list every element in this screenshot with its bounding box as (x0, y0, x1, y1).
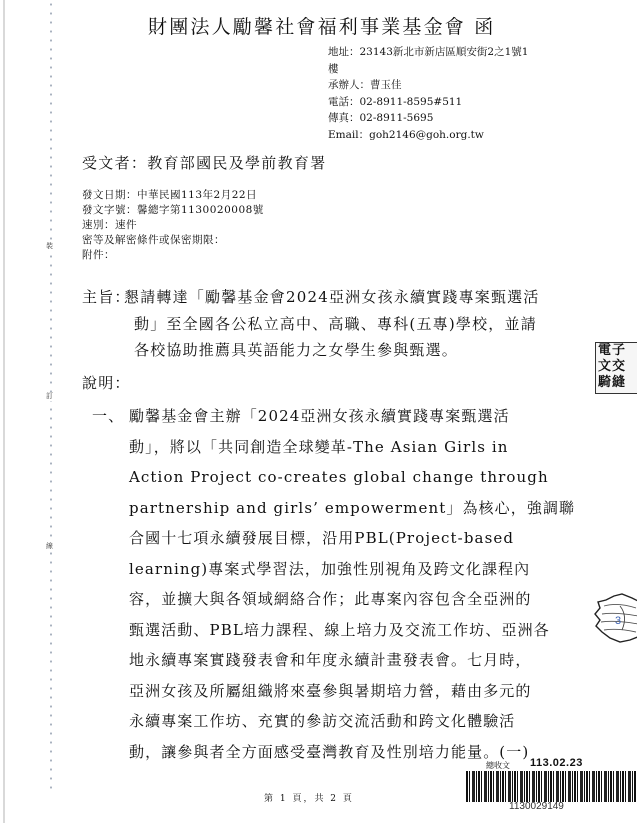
seal-stamp-icon: 3 (592, 592, 637, 644)
binding-mark-xian: 線 (46, 542, 53, 551)
binding-mark-zhuang: 裝 (46, 242, 53, 251)
document-title: 財團法人勵馨社會福利事業基金會 函 (148, 12, 495, 39)
handler: 承辦人：曹玉佳 (328, 77, 528, 94)
stamp-row: 文交 (596, 359, 637, 375)
subject-line: 動」至全國各公私立高中、高職、專科(五專)學校，並請 (82, 311, 572, 338)
item-line: 勵馨基金會主辦「2024亞洲女孩永續實踐專案甄選活 (92, 401, 582, 432)
address-line-1: 地址：23143新北市新店區順安街2之1號1 (328, 44, 528, 61)
page-left-edge (3, 0, 5, 823)
barcode-number: 1130029149 (509, 801, 564, 812)
item-line: 永續專案工作坊、充實的參訪交流活動和跨文化體驗活 (92, 706, 582, 737)
speed-class: 速別：速件 (82, 218, 264, 233)
subject-line: 各校協助推薦具英語能力之女學生參與甄選。 (82, 337, 572, 364)
explanation-label: 說明： (82, 372, 131, 393)
item-line: learning)專案式學習法，加強性別視角及跨文化課程內 (92, 554, 582, 585)
item-line: 地永續專案實踐發表會和年度永續計畫發表會。七月時， (92, 645, 582, 676)
email: Email：goh2146@goh.org.tw (328, 127, 528, 144)
item-line: 甄選活動、PBL培力課程、線上培力及交流工作坊、亞洲各 (92, 615, 582, 646)
document-number: 發文字號：馨總字第1130020008號 (82, 203, 264, 218)
svg-text:3: 3 (615, 615, 621, 627)
confidentiality: 密等及解密條件或保密期限： (82, 233, 264, 248)
item-line: Action Project co-creates global change … (92, 462, 582, 493)
document-meta: 發文日期：中華民國113年2月22日 發文字號：馨總字第1130020008號 … (82, 188, 264, 263)
item-number: 一、 (92, 401, 124, 432)
stamp-row: 騎縫 (596, 375, 637, 391)
page-indicator: 第 1 頁，共 2 頁 (264, 791, 354, 804)
subject-label: 主旨： (82, 284, 131, 311)
issue-date: 發文日期：中華民國113年2月22日 (82, 188, 264, 203)
attachment: 附件： (82, 248, 264, 263)
item-line: 合國十七項永續發展目標，沿用PBL(Project-based (92, 523, 582, 554)
item-line: 容，並擴大與各領域網絡合作；此專案內容包含全亞洲的 (92, 584, 582, 615)
sender-contact-block: 地址：23143新北市新店區順安街2之1號1 樓 承辦人：曹玉佳 電話：02-8… (328, 44, 528, 143)
stamp-row: 電子 (596, 343, 637, 359)
item-line: 動」，將以「共同創造全球變革-The Asian Girls in (92, 432, 582, 463)
electronic-document-seam-stamp: 電子 文交 騎縫 (595, 342, 637, 394)
item-line: partnership and girls’ empowerment」為核心，強… (92, 493, 582, 524)
phone: 電話：02-8911-8595#511 (328, 94, 528, 111)
fax: 傳真：02-8911-5695 (328, 110, 528, 127)
explanation-item-1: 一、 勵馨基金會主辦「2024亞洲女孩永續實踐專案甄選活 動」，將以「共同創造全… (92, 401, 582, 767)
subject-section: 主旨： 懇請轉達「勵馨基金會2024亞洲女孩永續實踐專案甄選活 動」至全國各公私… (82, 284, 572, 364)
receipt-label: 總收文 (486, 760, 510, 771)
barcode-icon (466, 771, 636, 802)
item-line: 亞洲女孩及所屬組織將來臺參與暑期培力營，藉由多元的 (92, 676, 582, 707)
subject-line: 懇請轉達「勵馨基金會2024亞洲女孩永續實踐專案甄選活 (82, 284, 572, 311)
address-line-2: 樓 (328, 61, 528, 78)
receiver: 受文者：教育部國民及學前教育署 (82, 152, 327, 173)
binding-mark-ding: 訂 (46, 392, 53, 401)
receipt-date: 113.02.23 (530, 757, 583, 769)
